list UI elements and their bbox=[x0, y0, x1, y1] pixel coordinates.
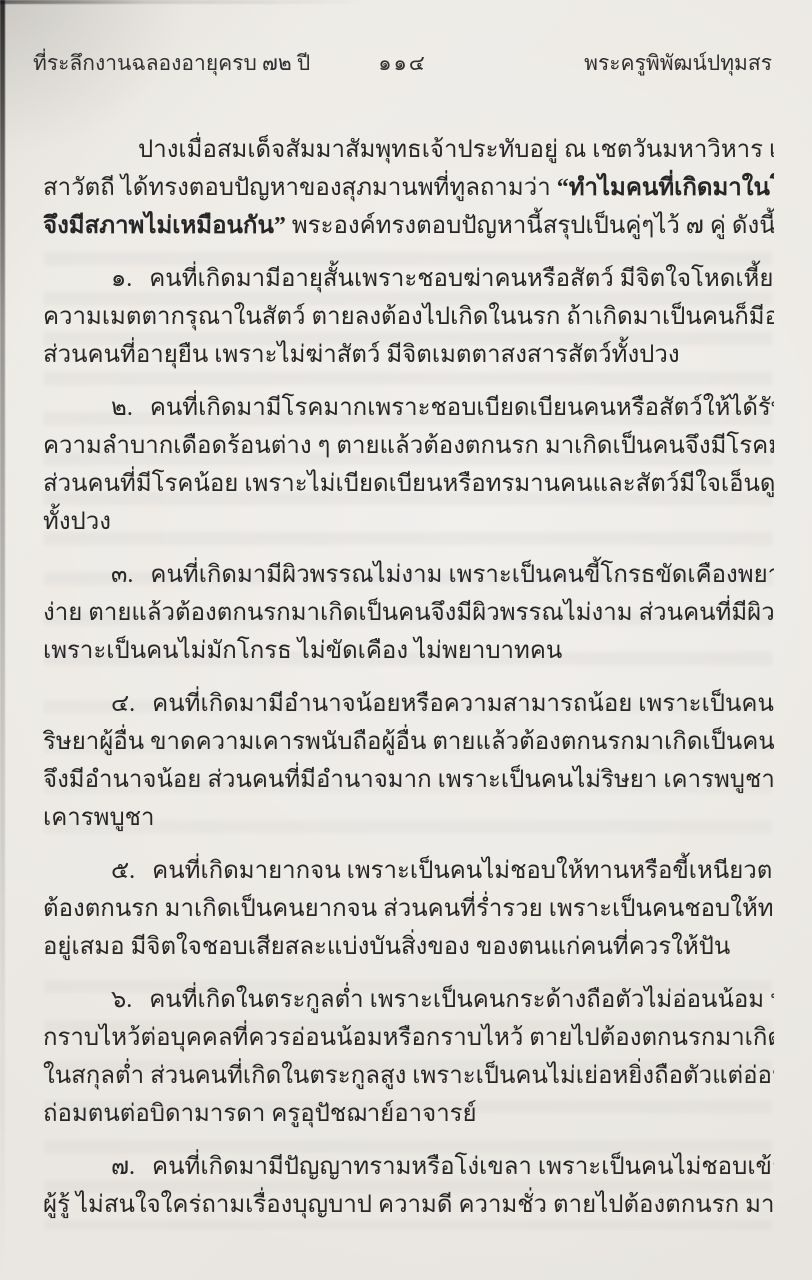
text-line: ริษยาผู้อื่น ขาดความเคารพนับถือผู้อื่น ต… bbox=[43, 723, 774, 761]
item-paragraph-6: ๖.คนที่เกิดในตระกูลต่ำ เพราะเป็นคนกระด้า… bbox=[43, 981, 774, 1133]
item-paragraph-7: ๗.คนที่เกิดมามีปัญญาทรามหรือโง่เขลา เพรา… bbox=[43, 1148, 774, 1224]
text-line: อยู่เสมอ มีจิตใจชอบเสียสละแบ่งบันสิ่งของ… bbox=[43, 928, 774, 966]
text-line: ๓.คนที่เกิดมามีผิวพรรณไม่งาม เพราะเป็นคน… bbox=[43, 556, 774, 594]
text-line: ๕.คนที่เกิดมายากจน เพราะเป็นคนไม่ชอบให้ท… bbox=[43, 852, 774, 890]
header-left-title: ที่ระลึกงานฉลองอายุครบ ๗๒ ปี bbox=[33, 46, 378, 80]
text-line: ต้องตกนรก มาเกิดเป็นคนยากจน ส่วนคนที่ร่ำ… bbox=[43, 890, 774, 928]
text-line: ๑.คนที่เกิดมามีอายุสั้นเพราะชอบฆ่าคนหรือ… bbox=[43, 260, 774, 298]
item-paragraph-1: ๑.คนที่เกิดมามีอายุสั้นเพราะชอบฆ่าคนหรือ… bbox=[43, 260, 774, 374]
bold-question-text: “ทำไมคนที่เกิดมาในโลกนี้ bbox=[557, 175, 774, 201]
text-line: ๔.คนที่เกิดมามีอำนาจน้อยหรือความสามารถน้… bbox=[43, 685, 774, 723]
header-right-title: พระครูพิพัฒน์ปทุมสร bbox=[427, 46, 772, 80]
text-line: จึงมีสภาพไม่เหมือนกัน” พระองค์ทรงตอบปัญห… bbox=[43, 207, 774, 245]
item-paragraph-4: ๔.คนที่เกิดมามีอำนาจน้อยหรือความสามารถน้… bbox=[43, 685, 774, 837]
item-paragraph-3: ๓.คนที่เกิดมามีผิวพรรณไม่งาม เพราะเป็นคน… bbox=[43, 556, 774, 670]
item-number: ๒. bbox=[111, 395, 133, 421]
item-paragraph-2: ๒.คนที่เกิดมามีโรคมากเพราะชอบเบียดเบียนค… bbox=[43, 389, 774, 541]
item-number: ๕. bbox=[111, 858, 135, 884]
scan-edge-top bbox=[0, 0, 812, 4]
text-line: จึงมีอำนาจน้อย ส่วนคนที่มีอำนาจมาก เพราะ… bbox=[43, 761, 774, 799]
intro-paragraph: ปางเมื่อสมเด็จสัมมาสัมพุทธเจ้าประทับอยู่… bbox=[43, 131, 774, 245]
item-number: ๑. bbox=[111, 266, 132, 292]
item-paragraph-5: ๕.คนที่เกิดมายากจน เพราะเป็นคนไม่ชอบให้ท… bbox=[43, 852, 774, 966]
text-line: ถ่อมตนต่อบิดามารดา ครูอุปัชฌาย์อาจารย์ bbox=[43, 1095, 774, 1133]
text-line: ส่วนคนที่อายุยืน เพราะไม่ฆ่าสัตว์ มีจิตเ… bbox=[43, 336, 774, 374]
text-line: ความลำบากเดือดร้อนต่าง ๆ ตายแล้วต้องตกนร… bbox=[43, 427, 774, 465]
item-number: ๗. bbox=[111, 1154, 135, 1180]
text-line: ๖.คนที่เกิดในตระกูลต่ำ เพราะเป็นคนกระด้า… bbox=[43, 981, 774, 1019]
text-line: ทั้งปวง bbox=[43, 503, 774, 541]
item-number: ๔. bbox=[111, 691, 135, 717]
text-line: เคารพบูชา bbox=[43, 799, 774, 837]
text-line: ๒.คนที่เกิดมามีโรคมากเพราะชอบเบียดเบียนค… bbox=[43, 389, 774, 427]
text-line: เพราะเป็นคนไม่มักโกรธ ไม่ขัดเคือง ไม่พยา… bbox=[43, 632, 774, 670]
page-number: ๑๑๔ bbox=[378, 46, 427, 80]
bold-question-text: จึงมีสภาพไม่เหมือนกัน” bbox=[43, 213, 286, 239]
text-line: ผู้รู้ ไม่สนใจใคร่ถามเรื่องบุญบาป ความดี… bbox=[43, 1186, 774, 1224]
page-body: ปางเมื่อสมเด็จสัมมาสัมพุทธเจ้าประทับอยู่… bbox=[43, 131, 774, 1239]
text-line: สาวัตถี ได้ทรงตอบปัญหาของสุภมานพที่ทูลถา… bbox=[43, 169, 774, 207]
text-line: กราบไหว้ต่อบุคคลที่ควรอ่อนน้อมหรือกราบไห… bbox=[43, 1019, 774, 1057]
text-line: ปางเมื่อสมเด็จสัมมาสัมพุทธเจ้าประทับอยู่… bbox=[43, 131, 774, 169]
text-line: ง่าย ตายแล้วต้องตกนรกมาเกิดเป็นคนจึงมีผิ… bbox=[43, 594, 774, 632]
scanned-book-page: ที่ระลึกงานฉลองอายุครบ ๗๒ ปี ๑๑๔ พระครูพ… bbox=[0, 0, 812, 1280]
item-number: ๖. bbox=[111, 987, 132, 1013]
text-line: ในสกุลต่ำ ส่วนคนที่เกิดในตระกูลสูง เพราะ… bbox=[43, 1057, 774, 1095]
page-header: ที่ระลึกงานฉลองอายุครบ ๗๒ ปี ๑๑๔ พระครูพ… bbox=[33, 46, 772, 80]
scan-edge-left bbox=[0, 0, 5, 1280]
text-line: ๗.คนที่เกิดมามีปัญญาทรามหรือโง่เขลา เพรา… bbox=[43, 1148, 774, 1186]
text-line: ส่วนคนที่มีโรคน้อย เพราะไม่เบียดเบียนหรื… bbox=[43, 465, 774, 503]
text-line: ความเมตตากรุณาในสัตว์ ตายลงต้องไปเกิดในน… bbox=[43, 298, 774, 336]
item-number: ๓. bbox=[111, 562, 133, 588]
